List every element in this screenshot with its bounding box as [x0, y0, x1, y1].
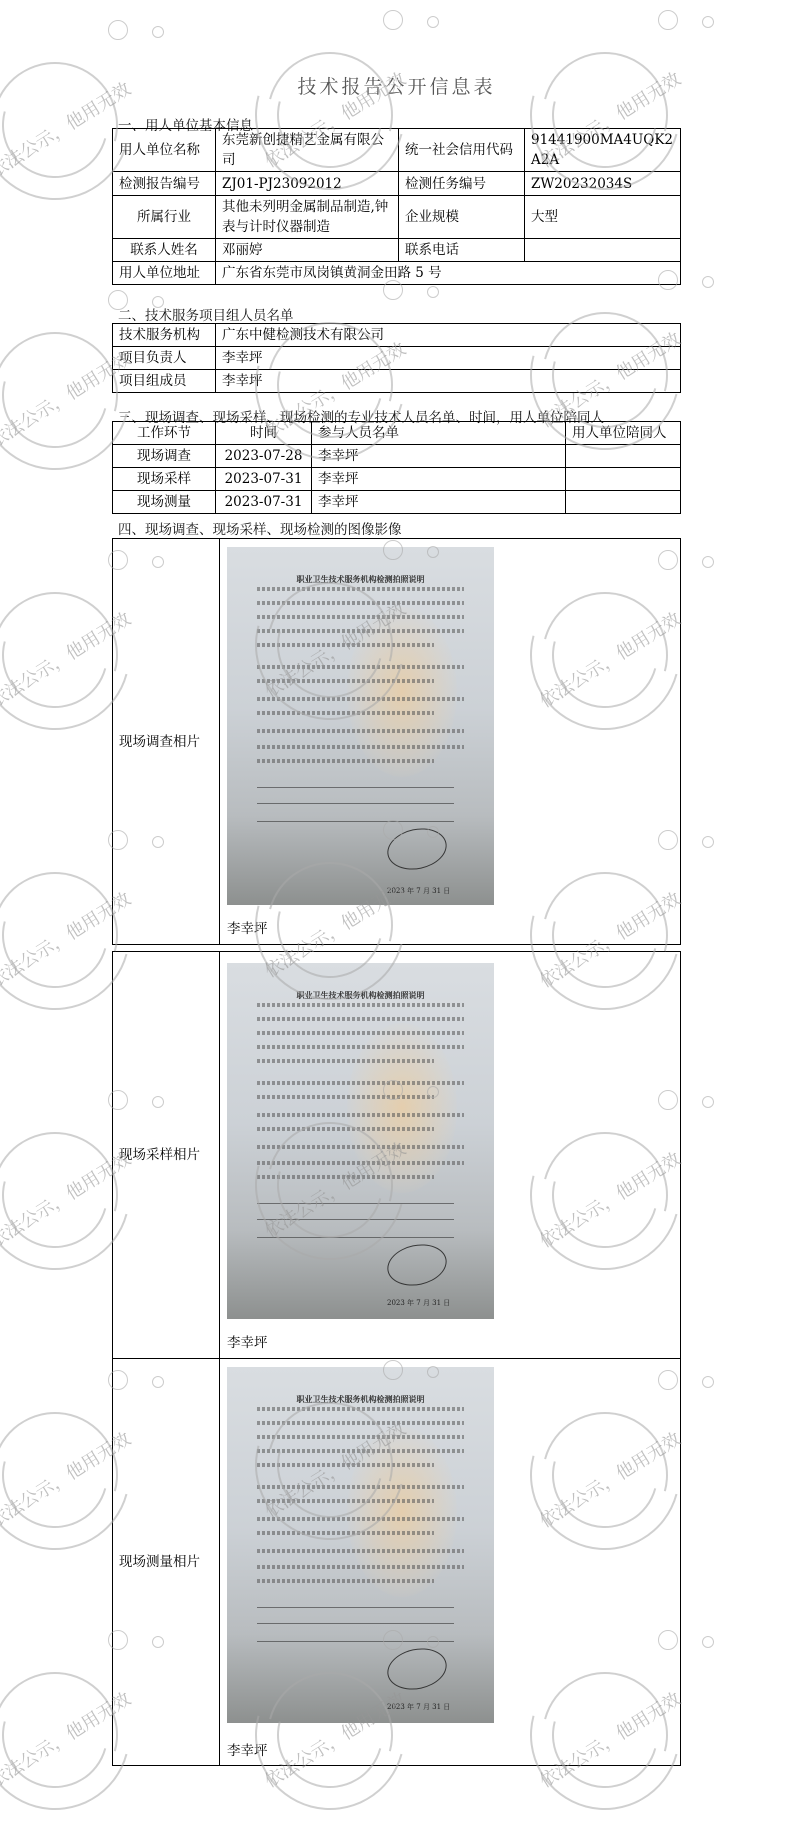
table-row: 检测报告编号 ZJ01-PJ23092012 检测任务编号 ZW20232034…: [113, 172, 681, 196]
section4-heading: 四、现场调查、现场采样、现场检测的图像影像: [118, 518, 402, 538]
column-header: 参与人员名单: [312, 422, 566, 445]
watermark-dot: [108, 1370, 128, 1390]
watermark-stamp: 依法公示，他用无效: [0, 320, 130, 470]
watermark-dot: [383, 1630, 403, 1650]
watermark-dot: [702, 1376, 714, 1388]
watermark-dot: [658, 830, 678, 850]
work-stage: 现场调查: [113, 445, 216, 468]
field-label: 用人单位地址: [113, 262, 216, 285]
watermark-dot: [658, 550, 678, 570]
watermark-dot: [108, 1090, 128, 1110]
work-date: 2023-07-31: [216, 468, 312, 491]
watermark-dot: [427, 826, 439, 838]
industry: 其他未列明金属制品制造,钟表与计时仪器制造: [216, 196, 399, 239]
watermark-dot: [383, 10, 403, 30]
project-leader: 李幸坪: [216, 347, 681, 370]
work-companion: [566, 445, 681, 468]
watermark-dot: [152, 556, 164, 568]
watermark-dot: [702, 1636, 714, 1648]
watermark-dot: [152, 836, 164, 848]
company-size: 大型: [525, 196, 681, 239]
watermark-dot: [108, 20, 128, 40]
photo-caption: 李幸坪: [227, 1333, 268, 1353]
watermark-dot: [383, 540, 403, 560]
watermark-dot: [152, 1096, 164, 1108]
watermark-dot: [108, 830, 128, 850]
table-header-row: 工作环节 时间 参与人员名单 用人单位陪同人: [113, 422, 681, 445]
watermark-dot: [702, 556, 714, 568]
watermark-stamp: 依法公示，他用无效: [0, 1120, 130, 1270]
sampling-photo: 职业卫生技术服务机构检测拍照说明 2023 年 7 月 31 日: [227, 963, 494, 1319]
project-team-table: 技术服务机构 广东中健检测技术有限公司 项目负责人 李幸坪 项目组成员 李幸坪: [112, 323, 681, 393]
field-label: 项目组成员: [113, 370, 216, 393]
work-staff: 李幸坪: [312, 445, 566, 468]
photo-cell: 职业卫生技术服务机构检测拍照说明 2023 年 7 月 31 日 李幸坪: [220, 1359, 681, 1766]
measuring-photo: 职业卫生技术服务机构检测拍照说明 2023 年 7 月 31 日: [227, 1367, 494, 1723]
column-header: 时间: [216, 422, 312, 445]
watermark-dot: [383, 1360, 403, 1380]
work-stage: 现场采样: [113, 468, 216, 491]
watermark-dot: [427, 16, 439, 28]
watermark-dot: [427, 286, 439, 298]
work-staff: 李幸坪: [312, 491, 566, 514]
photo-label: 现场采样相片: [113, 952, 220, 1359]
photo-cell: 职业卫生技术服务机构检测拍照说明 2023 年 7 月 31 日 李幸坪: [220, 539, 681, 945]
project-member: 李幸坪: [216, 370, 681, 393]
field-label: 技术服务机构: [113, 324, 216, 347]
table-row: 项目组成员 李幸坪: [113, 370, 681, 393]
watermark-dot: [108, 1630, 128, 1650]
field-label: 统一社会信用代码: [399, 129, 525, 172]
table-row: 现场调查 2023-07-28 李幸坪: [113, 445, 681, 468]
field-label: 联系电话: [399, 239, 525, 262]
company-address: 广东省东莞市凤岗镇黄洞金田路 5 号: [216, 262, 681, 285]
watermark-dot: [427, 1636, 439, 1648]
task-number: ZW20232034S: [525, 172, 681, 196]
watermark-dot: [152, 26, 164, 38]
watermark-dot: [427, 1366, 439, 1378]
watermark-dot: [658, 1630, 678, 1650]
watermark-dot: [383, 1080, 403, 1100]
contact-phone: [525, 239, 681, 262]
page-title: 技术报告公开信息表: [0, 72, 793, 99]
field-label: 检测报告编号: [113, 172, 216, 196]
watermark-dot: [152, 296, 164, 308]
photo-row: 现场采样相片 职业卫生技术服务机构检测拍照说明 2023 年 7 月 31 日 …: [113, 952, 681, 1359]
field-label: 所属行业: [113, 196, 216, 239]
photo-row: 现场测量相片 职业卫生技术服务机构检测拍照说明 2023 年 7 月 31 日 …: [113, 1359, 681, 1766]
table-row: 项目负责人 李幸坪: [113, 347, 681, 370]
watermark-dot: [702, 276, 714, 288]
report-number: ZJ01-PJ23092012: [216, 172, 399, 196]
column-header: 用人单位陪同人: [566, 422, 681, 445]
table-row: 用人单位名称 东莞新创捷精艺金属有限公司 统一社会信用代码 91441900MA…: [113, 129, 681, 172]
field-work-table: 工作环节 时间 参与人员名单 用人单位陪同人 现场调查 2023-07-28 李…: [112, 421, 681, 514]
work-stage: 现场测量: [113, 491, 216, 514]
field-label: 检测任务编号: [399, 172, 525, 196]
photo-row: 现场调查相片 职业卫生技术服务机构检测拍照说明 2023 年 7 月 31 日 …: [113, 539, 681, 945]
work-date: 2023-07-31: [216, 491, 312, 514]
watermark-dot: [152, 1636, 164, 1648]
watermark-dot: [702, 1096, 714, 1108]
watermark-stamp: 依法公示，他用无效: [0, 860, 130, 1010]
watermark-stamp: 依法公示，他用无效: [0, 1660, 130, 1810]
watermark-dot: [108, 550, 128, 570]
table-row: 所属行业 其他未列明金属制品制造,钟表与计时仪器制造 企业规模 大型: [113, 196, 681, 239]
watermark-dot: [108, 290, 128, 310]
field-label: 企业规模: [399, 196, 525, 239]
photo-caption: 李幸坪: [227, 919, 268, 939]
watermark-stamp: 依法公示，他用无效: [0, 1400, 130, 1550]
work-companion: [566, 491, 681, 514]
watermark-dot: [427, 1086, 439, 1098]
watermark-stamp: 依法公示，他用无效: [0, 580, 130, 730]
watermark-dot: [152, 1376, 164, 1388]
watermark-dot: [658, 10, 678, 30]
watermark-dot: [702, 16, 714, 28]
table-row: 技术服务机构 广东中健检测技术有限公司: [113, 324, 681, 347]
field-label: 用人单位名称: [113, 129, 216, 172]
photo-caption: 李幸坪: [227, 1741, 268, 1761]
watermark-dot: [658, 1090, 678, 1110]
service-agency: 广东中健检测技术有限公司: [216, 324, 681, 347]
credit-code: 91441900MA4UQK2A2A: [525, 129, 681, 172]
watermark-dot: [702, 836, 714, 848]
column-header: 工作环节: [113, 422, 216, 445]
watermark-dot: [658, 270, 678, 290]
field-label: 项目负责人: [113, 347, 216, 370]
survey-photo: 职业卫生技术服务机构检测拍照说明 2023 年 7 月 31 日: [227, 547, 494, 905]
watermark-dot: [658, 1370, 678, 1390]
field-label: 联系人姓名: [113, 239, 216, 262]
photo-label: 现场调查相片: [113, 539, 220, 945]
watermark-dot: [383, 280, 403, 300]
watermark-dot: [427, 546, 439, 558]
work-staff: 李幸坪: [312, 468, 566, 491]
photo-table-survey: 现场调查相片 职业卫生技术服务机构检测拍照说明 2023 年 7 月 31 日 …: [112, 538, 681, 945]
table-row: 联系人姓名 邓丽婷 联系电话: [113, 239, 681, 262]
work-companion: [566, 468, 681, 491]
photo-cell: 职业卫生技术服务机构检测拍照说明 2023 年 7 月 31 日 李幸坪: [220, 952, 681, 1359]
watermark-dot: [383, 820, 403, 840]
company-name: 东莞新创捷精艺金属有限公司: [216, 129, 399, 172]
section2-heading: 二、技术服务项目组人员名单: [118, 304, 294, 324]
table-row: 现场采样 2023-07-31 李幸坪: [113, 468, 681, 491]
work-date: 2023-07-28: [216, 445, 312, 468]
table-row: 现场测量 2023-07-31 李幸坪: [113, 491, 681, 514]
photo-label: 现场测量相片: [113, 1359, 220, 1766]
basic-info-table: 用人单位名称 东莞新创捷精艺金属有限公司 统一社会信用代码 91441900MA…: [112, 128, 681, 285]
contact-name: 邓丽婷: [216, 239, 399, 262]
